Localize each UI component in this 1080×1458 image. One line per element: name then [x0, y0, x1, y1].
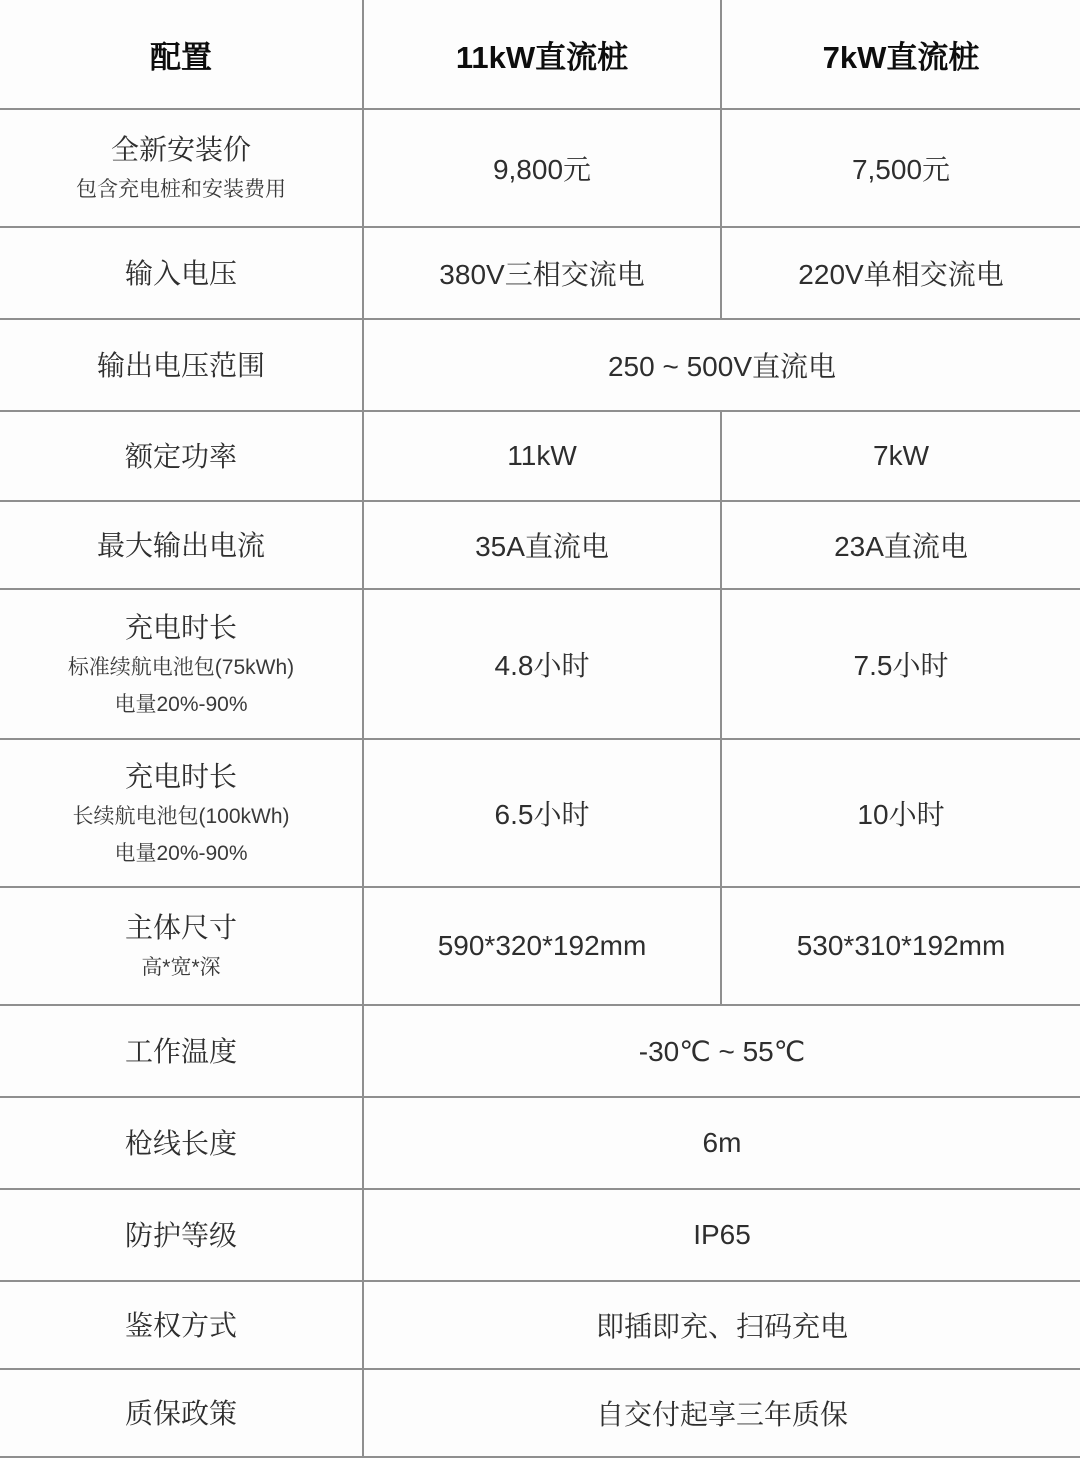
table-row-charge-time-longrange: 充电时长 长续航电池包(100kWh) 电量20%-90% 6.5小时 10小时: [0, 740, 1080, 888]
row-label: 充电时长: [125, 610, 237, 645]
table-row-operating-temperature: 工作温度 -30℃ ~ 55℃: [0, 1006, 1080, 1098]
row-sublabel: 包含充电桩和安装费用: [76, 176, 286, 203]
value-shared: 250 ~ 500V直流电: [608, 345, 836, 385]
value-shared: 即插即充、扫码充电: [596, 1305, 848, 1345]
spec-comparison-table: 配置 11kW直流桩 7kW直流桩 全新安装价 包含充电桩和安装费用 9,800…: [0, 0, 1080, 1458]
value-7kw: 530*310*192mm: [797, 930, 1006, 962]
row-label-cell: 全新安装价 包含充电桩和安装费用: [0, 110, 362, 226]
value-shared: 自交付起享三年质保: [596, 1393, 848, 1433]
value-7kw: 7.5小时: [854, 644, 949, 684]
row-sublabel: 高*宽*深: [141, 954, 220, 981]
value-11kw: 9,800元: [493, 148, 591, 188]
row-label: 质保政策: [125, 1396, 237, 1431]
table-row-auth-method: 鉴权方式 即插即充、扫码充电: [0, 1282, 1080, 1370]
value-shared: 6m: [703, 1127, 742, 1159]
row-label: 充电时长: [125, 759, 237, 794]
row-sublabel-pack: 标准续航电池包(75kWh): [68, 654, 294, 681]
row-sublabel-soc: 电量20%-90%: [114, 691, 247, 718]
value-11kw: 11kW: [507, 440, 577, 472]
value-7kw: 7kW: [873, 440, 929, 472]
row-label: 输入电压: [125, 256, 237, 291]
row-label-cell: 充电时长 长续航电池包(100kWh) 电量20%-90%: [0, 740, 362, 886]
row-label-cell: 充电时长 标准续航电池包(75kWh) 电量20%-90%: [0, 590, 362, 738]
row-label: 枪线长度: [125, 1126, 237, 1161]
header-config: 配置: [0, 0, 362, 108]
value-7kw: 10小时: [857, 793, 944, 833]
row-label: 额定功率: [125, 439, 237, 474]
header-7kw-pile: 7kW直流桩: [720, 0, 1080, 108]
row-label: 最大输出电流: [97, 528, 265, 563]
row-label: 主体尺寸: [125, 910, 237, 945]
value-shared: -30℃ ~ 55℃: [639, 1035, 805, 1068]
value-11kw: 35A直流电: [475, 525, 609, 565]
table-row-max-output-current: 最大输出电流 35A直流电 23A直流电: [0, 502, 1080, 590]
value-7kw: 7,500元: [852, 148, 950, 188]
value-11kw: 6.5小时: [495, 793, 590, 833]
table-row-output-voltage-range: 输出电压范围 250 ~ 500V直流电: [0, 320, 1080, 412]
row-sublabel-pack: 长续航电池包(100kWh): [72, 803, 289, 830]
row-sublabel-soc: 电量20%-90%: [114, 840, 247, 867]
row-label: 输出电压范围: [97, 348, 265, 383]
row-label-cell: 主体尺寸 高*宽*深: [0, 888, 362, 1004]
row-label: 鉴权方式: [125, 1308, 237, 1343]
table-header-row: 配置 11kW直流桩 7kW直流桩: [0, 0, 1080, 110]
value-11kw: 380V三相交流电: [439, 253, 644, 293]
row-label: 工作温度: [125, 1034, 237, 1069]
header-11kw-pile: 11kW直流桩: [362, 0, 720, 108]
value-11kw: 590*320*192mm: [438, 930, 647, 962]
value-11kw: 4.8小时: [495, 644, 590, 684]
row-label: 防护等级: [125, 1218, 237, 1253]
value-7kw: 23A直流电: [834, 525, 968, 565]
row-label: 全新安装价: [111, 132, 251, 167]
table-row-cable-length: 枪线长度 6m: [0, 1098, 1080, 1190]
table-row-protection-rating: 防护等级 IP65: [0, 1190, 1080, 1282]
value-shared: IP65: [693, 1219, 751, 1251]
table-row-dimensions: 主体尺寸 高*宽*深 590*320*192mm 530*310*192mm: [0, 888, 1080, 1006]
table-row-charge-time-standard: 充电时长 标准续航电池包(75kWh) 电量20%-90% 4.8小时 7.5小…: [0, 590, 1080, 740]
table-row-input-voltage: 输入电压 380V三相交流电 220V单相交流电: [0, 228, 1080, 320]
table-row-install-price: 全新安装价 包含充电桩和安装费用 9,800元 7,500元: [0, 110, 1080, 228]
table-row-warranty-policy: 质保政策 自交付起享三年质保: [0, 1370, 1080, 1458]
table-row-rated-power: 额定功率 11kW 7kW: [0, 412, 1080, 502]
value-7kw: 220V单相交流电: [798, 253, 1003, 293]
